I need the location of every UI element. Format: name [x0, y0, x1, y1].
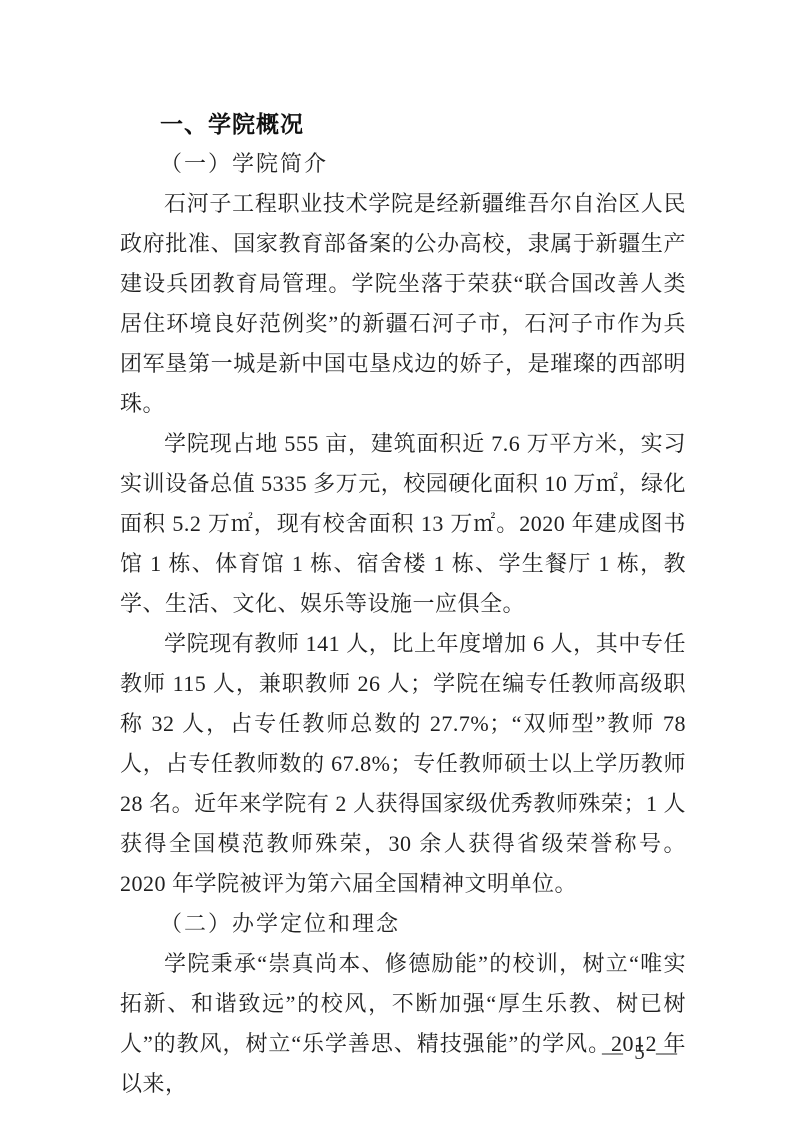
- paragraph-campus-facilities: 学院现占地 555 亩，建筑面积近 7.6 万平方米，实习实训设备总值 5335…: [120, 424, 686, 624]
- subsection-heading-positioning-philosophy: （二）办学定位和理念: [120, 904, 686, 944]
- paragraph-school-motto: 学院秉承“崇真尚本、修德励能”的校训，树立“唯实拓新、和谐致远”的校风，不断加强…: [120, 944, 686, 1104]
- document-body: 一、学院概况 （一）学院简介 石河子工程职业技术学院是经新疆维吾尔自治区人民政府…: [120, 104, 686, 1104]
- section-heading: 一、学院概况: [120, 104, 686, 144]
- paragraph-college-overview: 石河子工程职业技术学院是经新疆维吾尔自治区人民政府批准、国家教育部备案的公办高校…: [120, 184, 686, 424]
- subsection-heading-college-intro: （一）学院简介: [120, 144, 686, 184]
- page-number: — 5 —: [0, 1040, 800, 1065]
- document-page: 一、学院概况 （一）学院简介 石河子工程职业技术学院是经新疆维吾尔自治区人民政府…: [0, 0, 800, 1131]
- paragraph-faculty-statistics: 学院现有教师 141 人，比上年度增加 6 人，其中专任教师 115 人，兼职教…: [120, 624, 686, 904]
